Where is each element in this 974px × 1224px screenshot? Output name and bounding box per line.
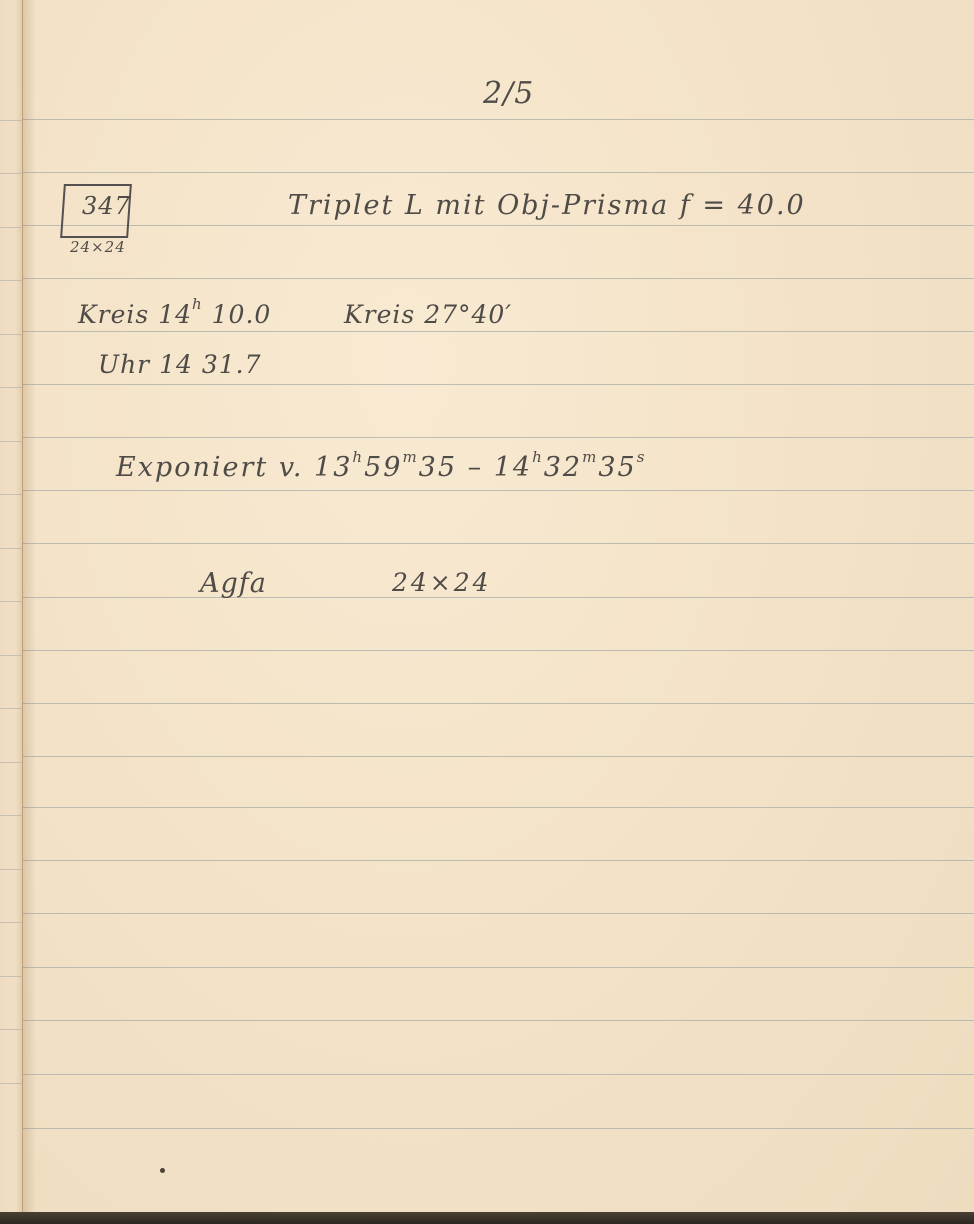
prev-page-rule: [0, 1029, 22, 1030]
exposure-end-h: 14: [494, 452, 532, 483]
prev-page-rule: [0, 976, 22, 977]
prev-page-rule: [0, 441, 22, 442]
ruled-line: [23, 437, 974, 438]
page-number: 2/5: [483, 76, 534, 111]
ruled-line: [23, 384, 974, 385]
prev-page-rule: [0, 655, 22, 656]
ruled-line: [23, 1020, 974, 1021]
exposure-label: Exponiert v.: [116, 452, 303, 483]
ruled-line: [23, 119, 974, 120]
ruled-line: [23, 225, 974, 226]
page-bottom-edge: [0, 1212, 974, 1224]
uhr-reading: Uhr 14 31.7: [98, 350, 262, 379]
prev-page-rule: [0, 815, 22, 816]
hour-mark: h: [192, 295, 203, 313]
notebook-page: [23, 0, 974, 1212]
prev-page-rule: [0, 334, 22, 335]
ruled-line: [23, 490, 974, 491]
prev-page-rule: [0, 227, 22, 228]
previous-page-edge: [0, 0, 23, 1224]
prev-page-rule: [0, 173, 22, 174]
ruled-line: [23, 913, 974, 914]
exposure-line: Exponiert v. 13h59m35 – 14h32m35s: [116, 452, 646, 483]
binding-shadow: [22, 0, 36, 1224]
prev-page-rule: [0, 869, 22, 870]
minute-mark: m: [582, 448, 598, 466]
kreis-angle-label: Kreis: [344, 300, 415, 329]
ruled-line: [23, 172, 974, 173]
minute-mark: m: [402, 448, 418, 466]
hour-mark: h: [532, 448, 544, 466]
prev-page-rule: [0, 387, 22, 388]
hour-mark: h: [352, 448, 364, 466]
kreis-time-hours: 14: [158, 300, 192, 329]
instrument-line: Triplet L mit Obj-Prisma f = 40.0: [288, 190, 806, 221]
prev-page-rule: [0, 548, 22, 549]
ruled-line: [23, 807, 974, 808]
ruled-line: [23, 278, 974, 279]
prev-page-rule: [0, 762, 22, 763]
plate-type-label: Agfa: [200, 568, 267, 599]
kreis-time: Kreis 14h 10.0: [78, 300, 271, 329]
prev-page-rule: [0, 120, 22, 121]
ruled-line: [23, 967, 974, 968]
prev-page-rule: [0, 494, 22, 495]
ruled-line: [23, 860, 974, 861]
ruled-line: [23, 543, 974, 544]
exposure-dash: –: [468, 452, 484, 483]
exposure-end-s: 35: [598, 452, 636, 483]
second-mark: s: [637, 448, 647, 466]
kreis-angle-value: 27°40′: [424, 300, 512, 329]
kreis-time-label: Kreis: [78, 300, 149, 329]
exposure-start-m: 59: [364, 452, 402, 483]
prev-page-rule: [0, 280, 22, 281]
uhr-value: 14 31.7: [159, 350, 261, 379]
exposure-start-h: 13: [314, 452, 352, 483]
kreis-angle: Kreis 27°40′: [344, 300, 512, 329]
uhr-label: Uhr: [98, 350, 150, 379]
plate-size: 24×24: [70, 238, 126, 256]
kreis-time-rest: 10.0: [212, 300, 272, 329]
plate-type-size: 24×24: [392, 568, 492, 597]
ruled-line: [23, 703, 974, 704]
prev-page-rule: [0, 1083, 22, 1084]
notebook-scan: 2/5 347 24×24 Triplet L mit Obj-Prisma f…: [0, 0, 974, 1224]
prev-page-rule: [0, 601, 22, 602]
ruled-line: [23, 1128, 974, 1129]
exposure-end-m: 32: [544, 452, 582, 483]
ruled-line: [23, 1074, 974, 1075]
plate-number: 347: [82, 192, 131, 220]
ruled-line: [23, 597, 974, 598]
ruled-line: [23, 756, 974, 757]
ruled-line: [23, 650, 974, 651]
prev-page-rule: [0, 922, 22, 923]
exposure-start-s: 35: [419, 452, 457, 483]
ruled-line: [23, 331, 974, 332]
ink-speck: [160, 1168, 165, 1173]
prev-page-rule: [0, 708, 22, 709]
